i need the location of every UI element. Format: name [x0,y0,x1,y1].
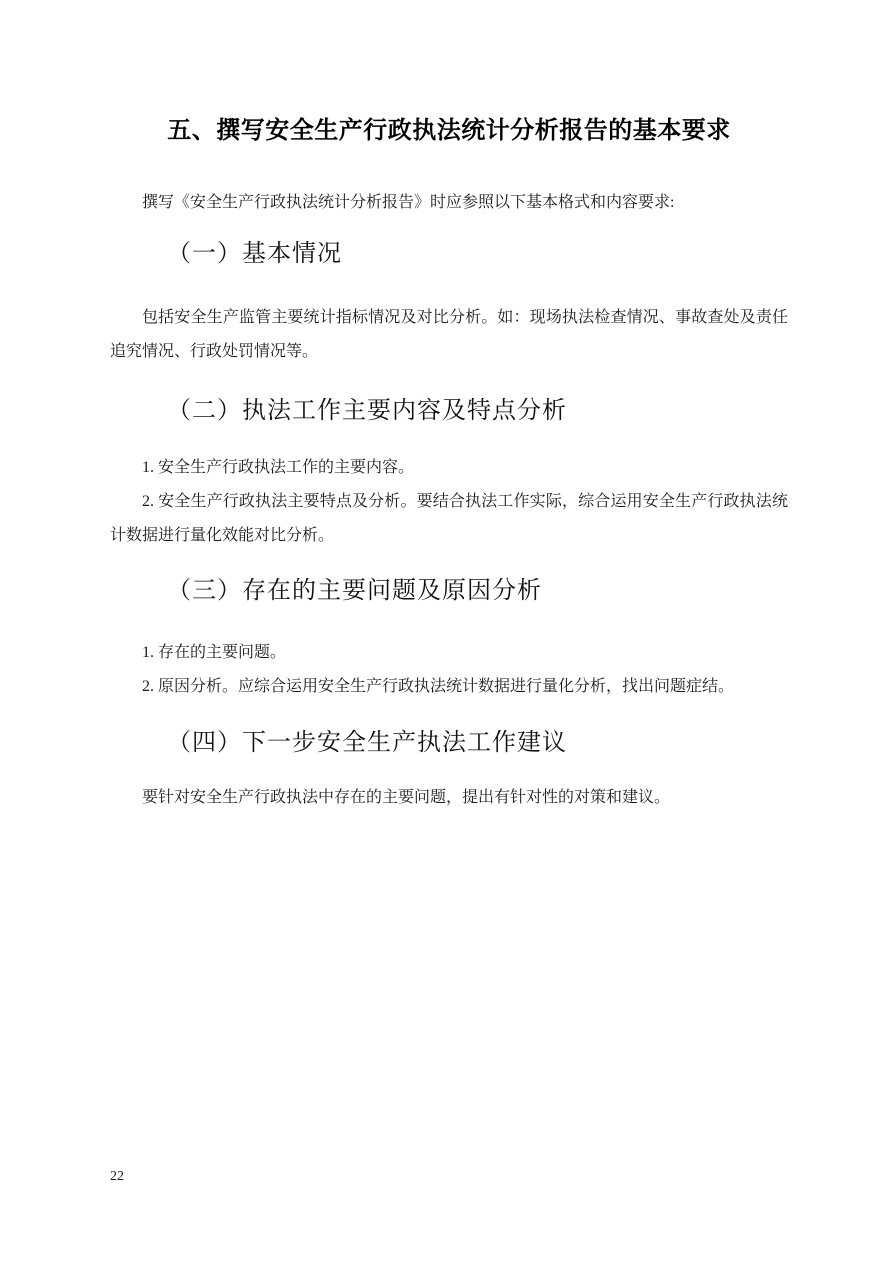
section-1-heading: （一）基本情况 [110,236,788,272]
section-3-item-2: 2. 原因分析。应综合运用安全生产行政执法统计数据进行量化分析，找出问题症结。 [110,670,788,704]
page-number: 22 [110,1168,124,1186]
section-2-heading: （二）执法工作主要内容及特点分析 [110,393,788,429]
section-4-heading: （四）下一步安全生产执法工作建议 [110,725,788,761]
document-content: 五、撰写安全生产行政执法统计分析报告的基本要求 撰写《安全生产行政执法统计分析报… [0,0,893,815]
section-2-item-1: 1. 安全生产行政执法工作的主要内容。 [110,451,788,485]
section-4-paragraph: 要针对安全生产行政执法中存在的主要问题，提出有针对性的对策和建议。 [110,781,788,815]
section-1-paragraph: 包括安全生产监管主要统计指标情况及对比分析。如：现场执法检查情况、事故查处及责任… [110,301,788,369]
document-title: 五、撰写安全生产行政执法统计分析报告的基本要求 [110,0,788,146]
document-page: 五、撰写安全生产行政执法统计分析报告的基本要求 撰写《安全生产行政执法统计分析报… [0,0,893,1263]
section-3-heading: （三）存在的主要问题及原因分析 [110,573,788,609]
intro-paragraph: 撰写《安全生产行政执法统计分析报告》时应参照以下基本格式和内容要求: [110,186,788,220]
section-3-item-1: 1. 存在的主要问题。 [110,636,788,670]
section-2-item-2: 2. 安全生产行政执法主要特点及分析。要结合执法工作实际，综合运用安全生产行政执… [110,485,788,553]
